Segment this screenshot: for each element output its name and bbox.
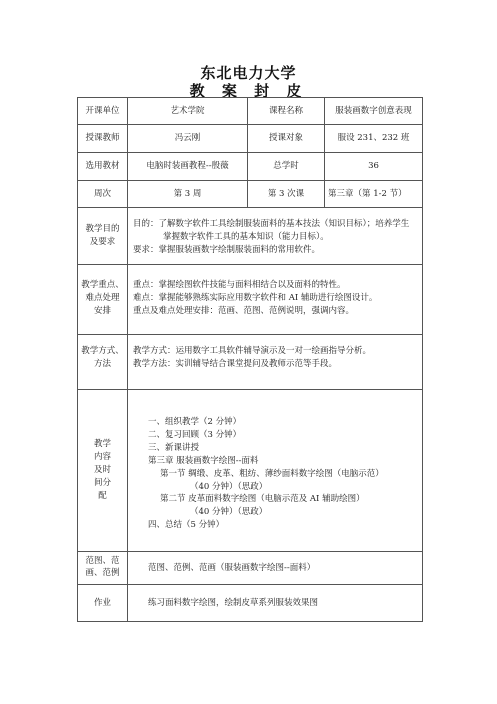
label-line: 范图、范 — [78, 556, 127, 568]
label-methods: 教学方式、 方法 — [78, 335, 128, 390]
content-schedule: 一、组织教学（2 分钟） 二、复习回顾（3 分钟） 三、新课讲授 第三章 服装画… — [128, 390, 423, 552]
info-row-department: 开课单位 艺术学院 课程名称 服装画数字创意表现 — [78, 98, 423, 125]
label-department: 开课单位 — [78, 98, 128, 125]
objectives-line: 掌握数字软件工具的基本知识（能力目标）。 — [133, 231, 422, 244]
label-line: 教学方式、 — [78, 345, 127, 358]
handling-line: 重点及难点处理安排：范画、范图、范例说明，强调内容。 — [133, 305, 422, 318]
label-course-name: 课程名称 — [248, 98, 325, 125]
methods-row: 教学方式、 方法 教学方式：运用数字工具软件辅导演示及一对一绘画指导分析。 教学… — [78, 335, 423, 390]
label-line: 教学目的 — [78, 223, 127, 236]
label-line: 教学重点、 — [78, 279, 127, 292]
key-points-content: 重点：掌握绘图软件技能与面料相结合以及面料的特性。 难点：掌握能够熟练实际应用数… — [128, 265, 423, 335]
methods-content: 教学方式：运用数字工具软件辅导演示及一对一绘画指导分析。 教学方法：实训辅导结合… — [128, 335, 423, 390]
value-course-name: 服装画数字创意表现 — [325, 98, 423, 125]
label-total-hours: 总学时 — [248, 153, 325, 181]
label-objectives: 教学目的 及要求 — [78, 208, 128, 265]
examples-content: 范图、范例、范画（服装画数字绘图--面料） — [128, 552, 423, 585]
section-duration: （40 分钟）（思政） — [148, 506, 422, 519]
label-key-points: 教学重点、 难点处理 安排 — [78, 265, 128, 335]
value-teacher: 冯云刚 — [128, 125, 248, 153]
label-audience: 授课对象 — [248, 125, 325, 153]
label-line: 方法 — [78, 358, 127, 371]
teaching-mode-line: 教学方式：运用数字工具软件辅导演示及一对一绘画指导分析。 — [133, 345, 422, 358]
value-chapter: 第三章（第 1-2 节） — [325, 181, 423, 208]
key-points-row: 教学重点、 难点处理 安排 重点：掌握绘图软件技能与面料相结合以及面料的特性。 … — [78, 265, 423, 335]
value-week: 第 3 周 — [128, 181, 248, 208]
value-department: 艺术学院 — [128, 98, 248, 125]
objectives-line: 目的：了解数字软件工具绘制服装面料的基本技法（知识目标）；培养学生 — [133, 218, 422, 231]
homework-row: 作业 练习面料数字绘图，绘制皮草系列服装效果图 — [78, 585, 423, 622]
schedule-item: 三、新课讲授 — [148, 442, 422, 455]
schedule-item: 四、总结（5 分钟） — [148, 519, 422, 532]
label-line: 画、范例 — [78, 568, 127, 580]
section-duration: （40 分钟）（思政） — [148, 481, 422, 494]
teaching-method-line: 教学方法：实训辅导结合课堂提问及教师示范等手段。 — [133, 358, 422, 371]
label-line: 间分 — [78, 477, 127, 490]
label-session: 第 3 次课 — [248, 181, 325, 208]
label-examples: 范图、范 画、范例 — [78, 552, 128, 585]
info-row-week: 周次 第 3 周 第 3 次课 第三章（第 1-2 节） — [78, 181, 423, 208]
examples-row: 范图、范 画、范例 范图、范例、范画（服装画数字绘图--面料） — [78, 552, 423, 585]
label-line: 安排 — [78, 305, 127, 318]
objectives-content: 目的：了解数字软件工具绘制服装面料的基本技法（知识目标）；培养学生 掌握数字软件… — [128, 208, 423, 265]
label-line: 难点处理 — [78, 292, 127, 305]
homework-content: 练习面料数字绘图，绘制皮草系列服装效果图 — [128, 585, 423, 622]
section-item: 第一节 绸缎、皮革、粗纺、薄纱面料数字绘图（电脑示范） — [148, 468, 422, 481]
requirements-line: 要求：掌握服装画数字绘制服装面料的常用软件。 — [133, 244, 422, 257]
value-total-hours: 36 — [325, 153, 423, 181]
label-teacher: 授课教师 — [78, 125, 128, 153]
label-week: 周次 — [78, 181, 128, 208]
value-textbook: 电脑时装画教程--殷薇 — [128, 153, 248, 181]
chapter-heading: 第三章 服装画数字绘图--面料 — [148, 455, 422, 468]
label-line: 及要求 — [78, 236, 127, 249]
schedule-item: 二、复习回顾（3 分钟） — [148, 429, 422, 442]
objectives-row: 教学目的 及要求 目的：了解数字软件工具绘制服装面料的基本技法（知识目标）；培养… — [78, 208, 423, 265]
lesson-plan-cover-table: 开课单位 艺术学院 课程名称 服装画数字创意表现 授课教师 冯云刚 授课对象 服… — [77, 97, 423, 622]
value-audience: 服设 231、232 班 — [325, 125, 423, 153]
key-point-line: 重点：掌握绘图软件技能与面料相结合以及面料的特性。 — [133, 279, 422, 292]
label-textbook: 选用教材 — [78, 153, 128, 181]
label-line: 内容 — [78, 451, 127, 464]
difficulty-line: 难点：掌握能够熟练实际应用数字软件和 AI 辅助进行绘图设计。 — [133, 292, 422, 305]
content-row: 教学 内容 及时 间分 配 一、组织教学（2 分钟） 二、复习回顾（3 分钟） … — [78, 390, 423, 552]
label-content: 教学 内容 及时 间分 配 — [78, 390, 128, 552]
label-homework: 作业 — [78, 585, 128, 622]
label-line: 及时 — [78, 464, 127, 477]
section-item: 第二节 皮革面料数字绘图（电脑示范及 AI 辅助绘图） — [148, 493, 422, 506]
schedule-item: 一、组织教学（2 分钟） — [148, 416, 422, 429]
info-row-textbook: 选用教材 电脑时装画教程--殷薇 总学时 36 — [78, 153, 423, 181]
label-line: 配 — [78, 490, 127, 503]
label-line: 教学 — [78, 438, 127, 451]
info-row-teacher: 授课教师 冯云刚 授课对象 服设 231、232 班 — [78, 125, 423, 153]
